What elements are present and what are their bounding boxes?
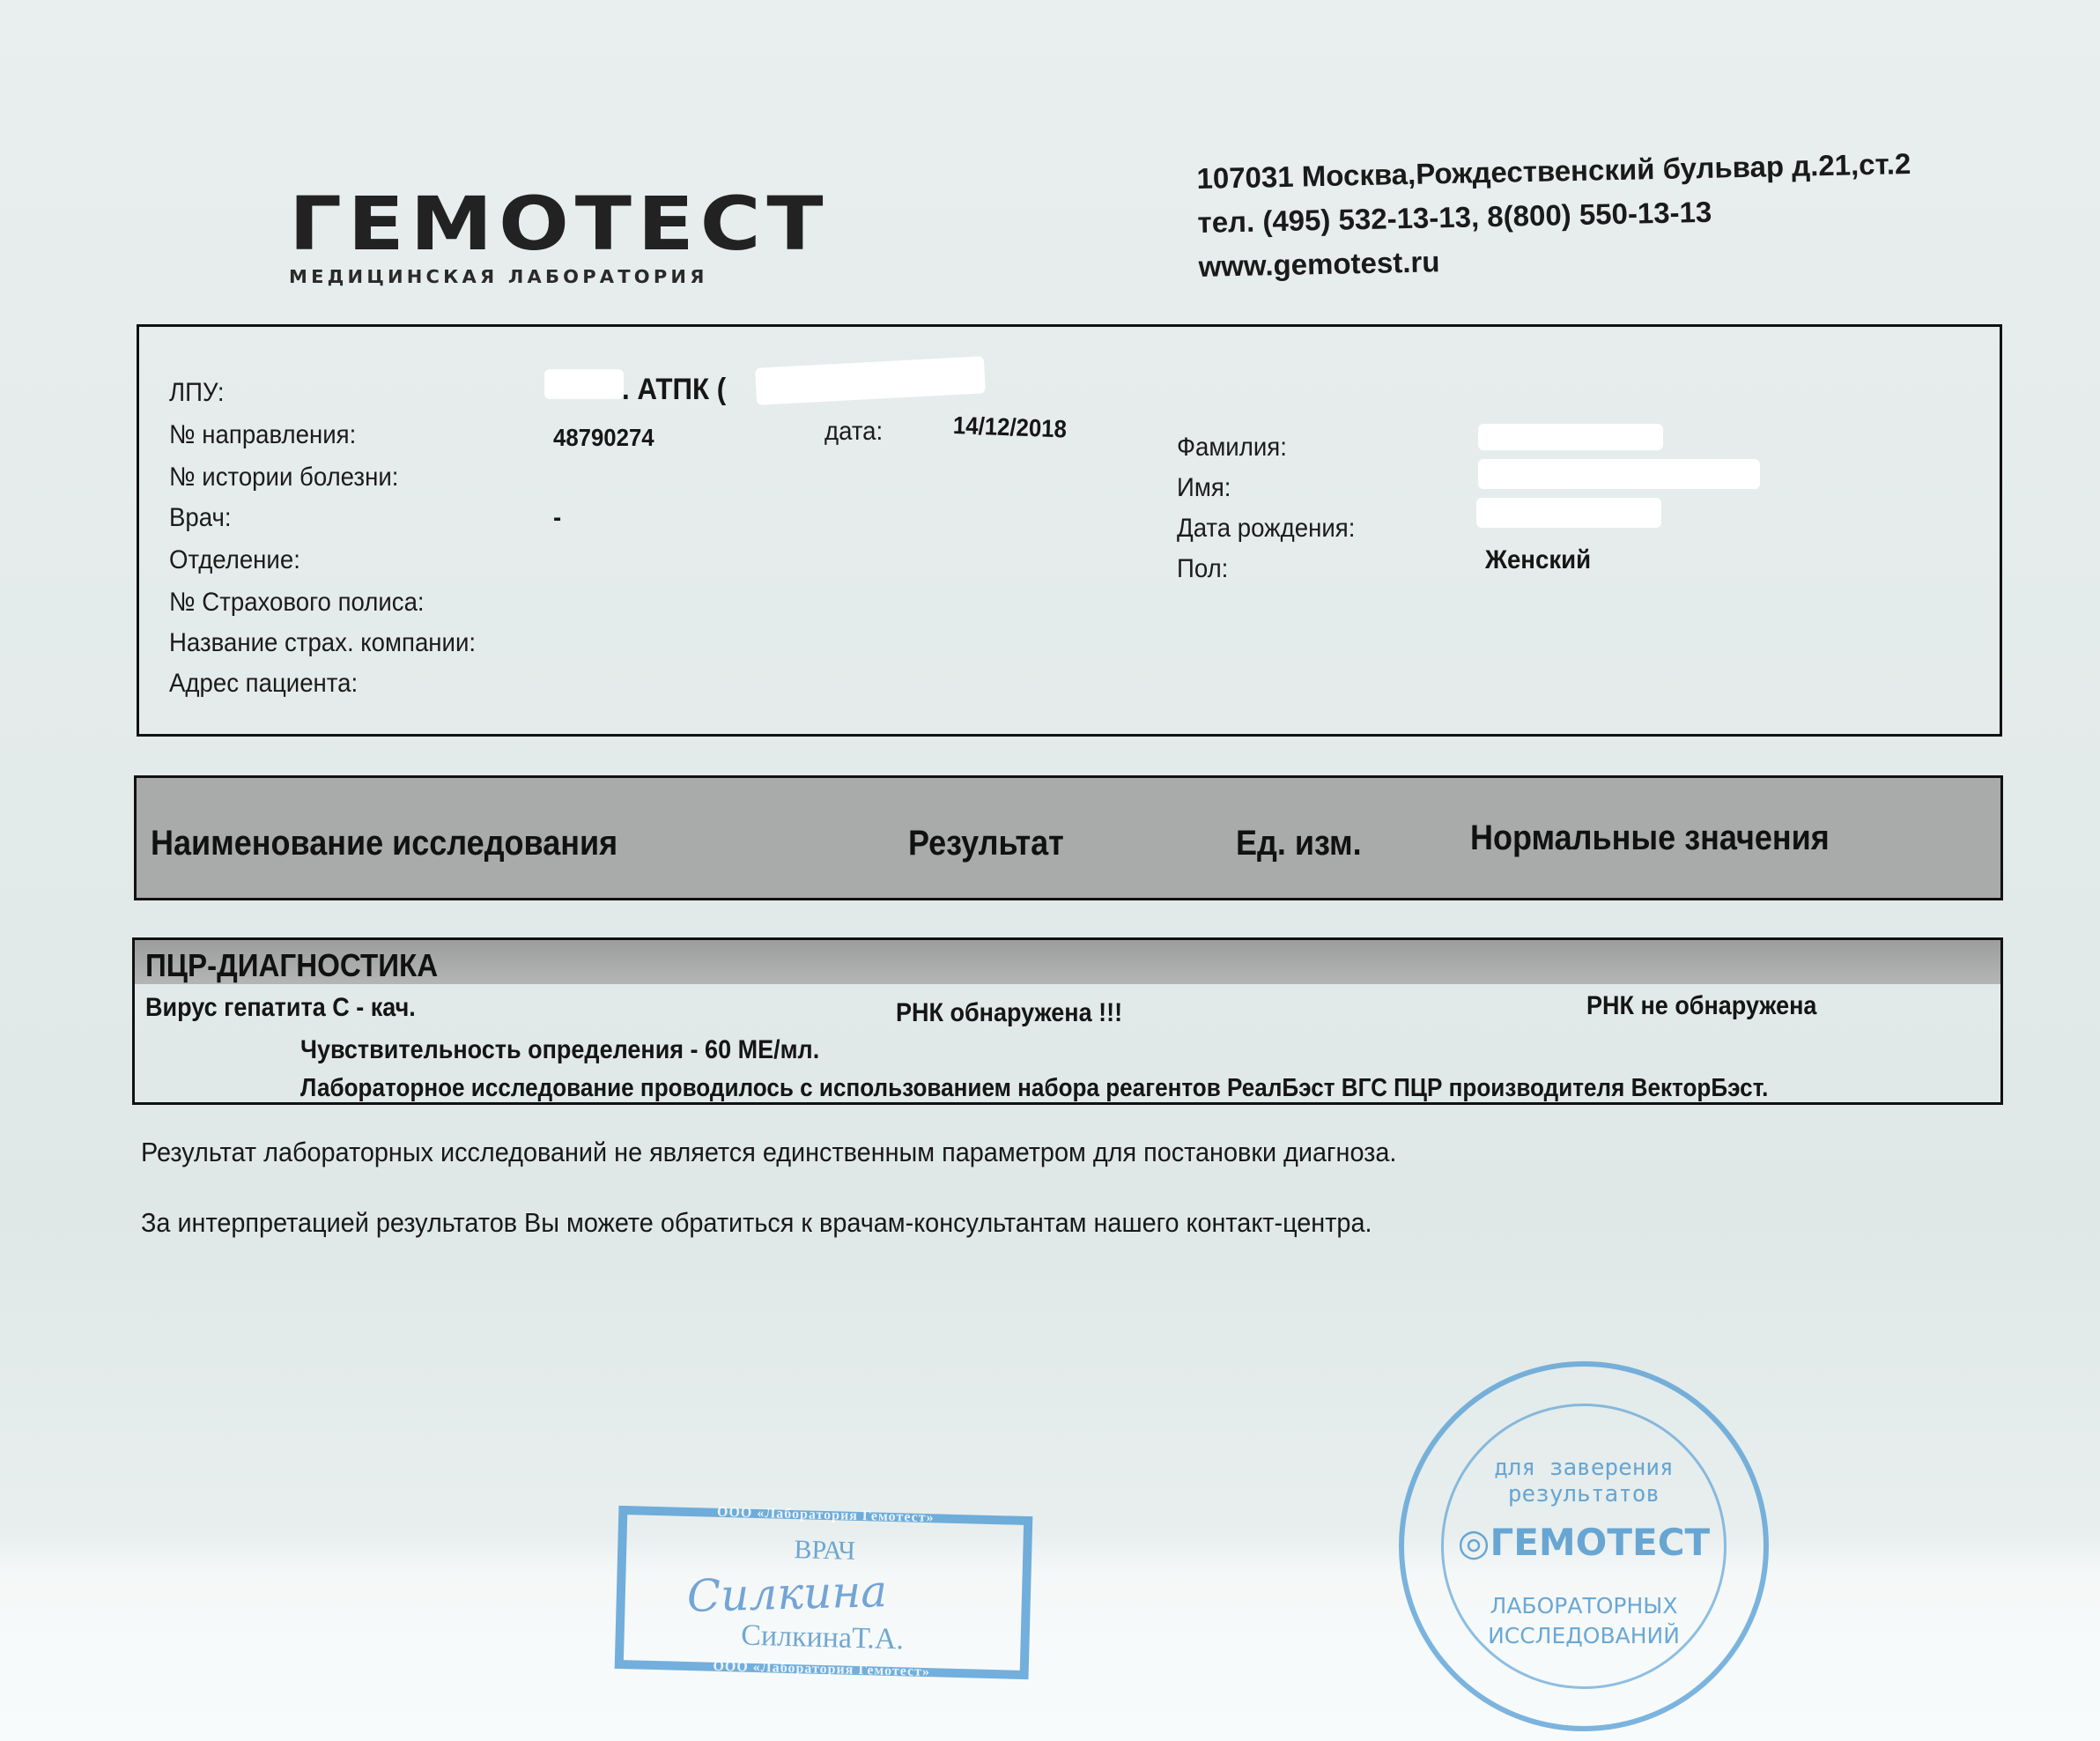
- history-number-label: № истории болезни:: [169, 463, 398, 493]
- referral-info-box: ЛПУ: . АТПК ( № направления: 48790274 да…: [137, 324, 2002, 737]
- lpu-label: ЛПУ:: [169, 378, 225, 408]
- date-label: дата:: [824, 417, 883, 447]
- referral-number-value: 48790274: [553, 424, 654, 452]
- logo-wordmark: ГЕМОТЕСТ: [289, 187, 829, 261]
- doctor-signature: Силкина: [686, 1566, 888, 1622]
- sensitivity-note: Чувствительность определения - 60 МЕ/мл.: [300, 1035, 819, 1065]
- stamp-doctor-name: СилкинаТ.А.: [624, 1616, 1021, 1660]
- patient-address-label: Адрес пациента:: [169, 669, 358, 699]
- birthdate-label: Дата рождения:: [1177, 514, 1355, 544]
- redaction: [1476, 498, 1661, 528]
- redaction: [544, 369, 624, 399]
- doctor-value: -: [553, 503, 561, 533]
- results-section: ПЦР-ДИАГНОСТИКА Вирус гепатита С - кач. …: [132, 937, 2003, 1105]
- doctor-label: Врач:: [169, 503, 232, 533]
- date-value: 14/12/2018: [952, 411, 1067, 443]
- sex-value: Женский: [1485, 545, 1591, 575]
- results-table-header: Наименование исследования Результат Ед. …: [134, 775, 2003, 900]
- redaction: [755, 356, 986, 405]
- section-title: ПЦР-ДИАГНОСТИКА: [145, 947, 438, 984]
- policy-number-label: № Страхового полиса:: [169, 588, 425, 618]
- doctor-stamp: ООО «Лаборатория Гемотест» ВРАЧ Силкина …: [615, 1506, 1033, 1679]
- lab-contacts: 107031 Москва,Рождественский бульвар д.2…: [1196, 142, 1913, 289]
- seal-bottom-line-2: ИССЛЕДОВАНИЙ: [1404, 1621, 1764, 1651]
- stamp-role: ВРАЧ: [626, 1530, 1024, 1571]
- seal-bottom-line-1: ЛАБОРАТОРНЫХ: [1404, 1591, 1764, 1621]
- name-label: Имя:: [1177, 473, 1231, 503]
- column-result: Результат: [908, 824, 1064, 863]
- redaction: [1478, 424, 1663, 450]
- sex-label: Пол:: [1177, 554, 1228, 584]
- column-test-name: Наименование исследования: [151, 824, 617, 863]
- column-reference: Нормальные значения: [1470, 819, 1830, 858]
- seal-logo-icon: ◎: [1458, 1521, 1490, 1564]
- stamp-edge-text: ООО «Лаборатория Гемотест»: [627, 1502, 1024, 1529]
- paper-fold-highlight: [0, 1533, 2100, 1741]
- logo-subtitle: МЕДИЦИНСКАЯ ЛАБОРАТОРИЯ: [289, 266, 795, 287]
- lpu-value: . АТПК (: [622, 373, 726, 407]
- reagent-note: Лабораторное исследование проводилось с …: [300, 1074, 1768, 1103]
- surname-label: Фамилия:: [1177, 433, 1287, 463]
- lab-logo: ГЕМОТЕСТ МЕДИЦИНСКАЯ ЛАБОРАТОРИЯ: [289, 187, 772, 287]
- seal-bottom-text: ЛАБОРАТОРНЫХ ИССЛЕДОВАНИЙ: [1404, 1591, 1764, 1651]
- test-name: Вирус гепатита С - кач.: [145, 993, 416, 1023]
- column-unit: Ед. изм.: [1236, 824, 1362, 863]
- test-reference: РНК не обнаружена: [1586, 991, 1816, 1021]
- department-label: Отделение:: [169, 545, 300, 575]
- lab-seal: для заверения результатов ◎ГЕМОТЕСТ ЛАБО…: [1399, 1361, 1769, 1731]
- seal-top-text: для заверения результатов: [1404, 1455, 1764, 1508]
- consultation-note: За интерпретацией результатов Вы можете …: [141, 1207, 1372, 1239]
- redaction: [1478, 459, 1760, 489]
- insurer-label: Название страх. компании:: [169, 628, 476, 658]
- seal-logo-text: ГЕМОТЕСТ: [1490, 1521, 1710, 1564]
- disclaimer-note: Результат лабораторных исследований не я…: [141, 1137, 1396, 1168]
- seal-logo: ◎ГЕМОТЕСТ: [1404, 1521, 1764, 1564]
- referral-number-label: № направления:: [169, 420, 356, 450]
- test-result: РНК обнаружена !!!: [896, 998, 1122, 1028]
